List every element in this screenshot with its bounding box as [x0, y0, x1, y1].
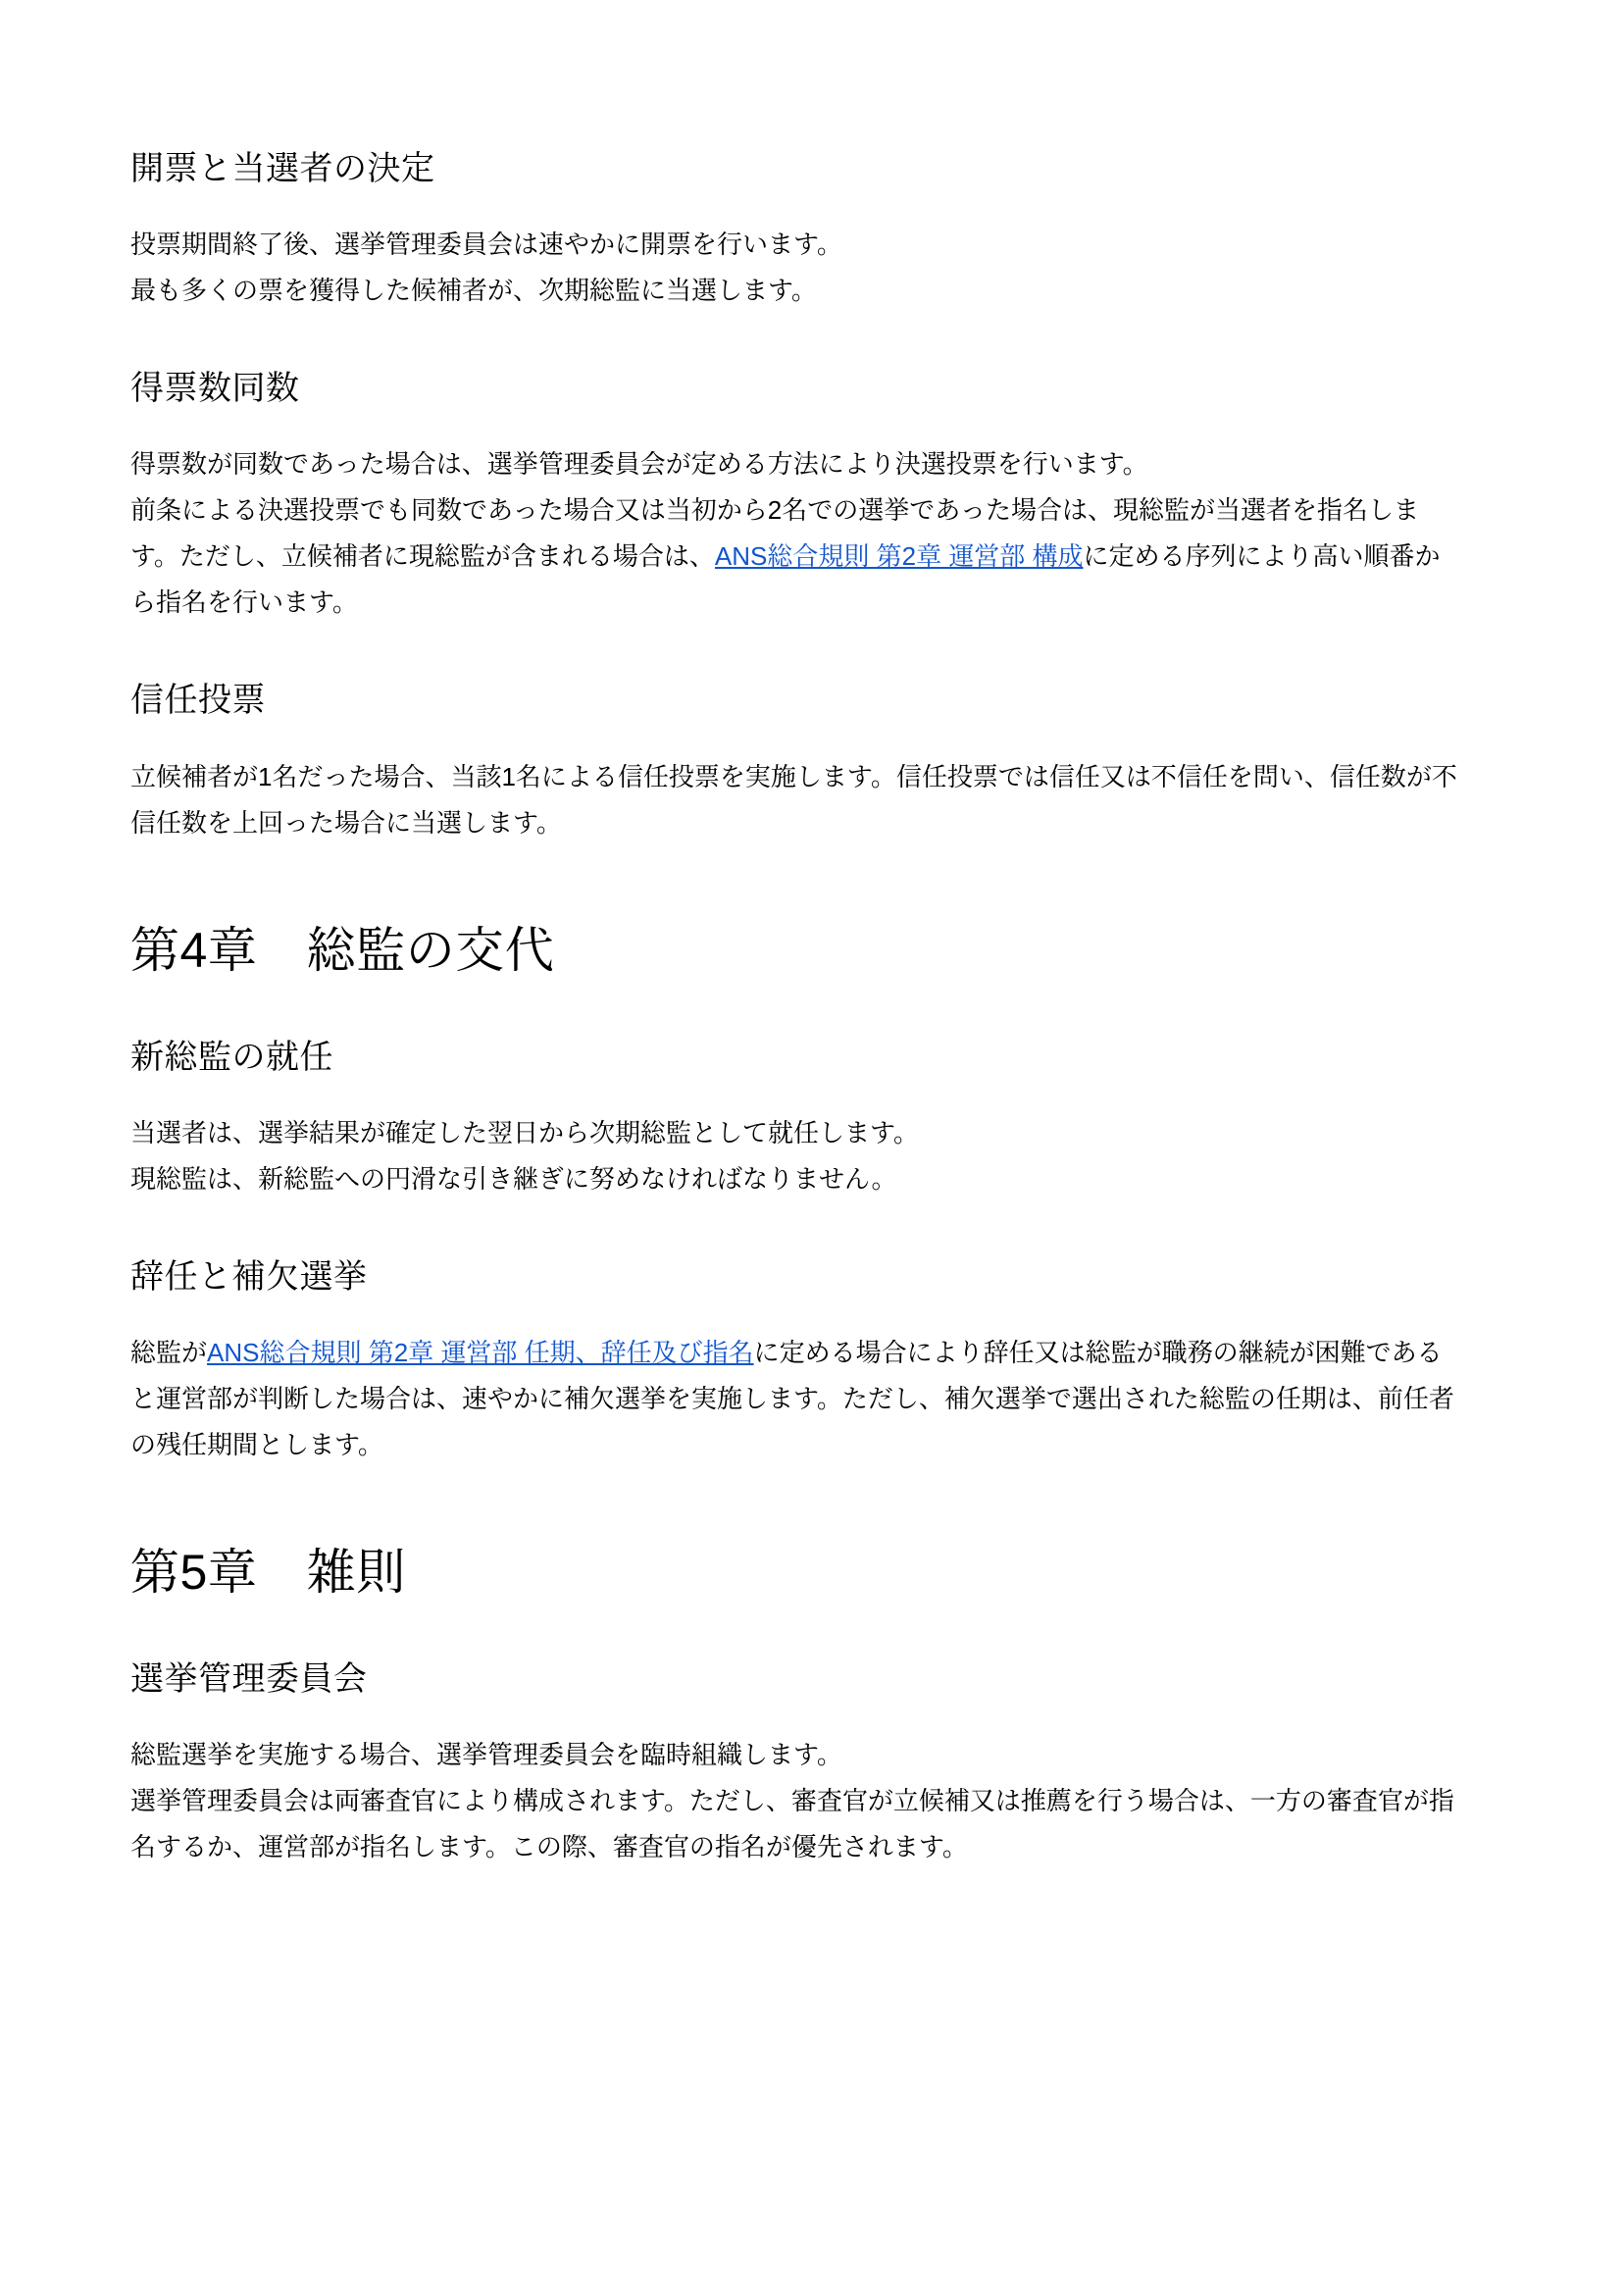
section-heading-shin-sokan-shunin: 新総監の就任 [130, 1036, 1457, 1079]
paragraph-text: 総監選挙を実施する場合、選挙管理委員会を臨時組織します。 [130, 1740, 842, 1769]
link-ans-general-rules-ch2-operations-composition[interactable]: ANS総合規則 第2章 運営部 構成 [715, 541, 1084, 571]
paragraph-tohyosu-dosu: 得票数が同数であった場合は、選挙管理委員会が定める方法により決選投票を行います。… [130, 441, 1457, 626]
paragraph-shin-sokan-shunin: 当選者は、選挙結果が確定した翌日から次期総監として就任します。現総監は、新総監へ… [130, 1110, 1457, 1202]
paragraph-text: 最も多くの票を獲得した候補者が、次期総監に当選します。 [130, 276, 817, 305]
paragraph-text: 総監が [130, 1338, 207, 1367]
paragraph-senkyo-kanri-iinkai: 総監選挙を実施する場合、選挙管理委員会を臨時組織します。選挙管理委員会は両審査官… [130, 1732, 1457, 1870]
chapter-heading-4: 第4章 総監の交代 [130, 919, 1457, 983]
link-ans-general-rules-ch2-operations-terms-resignation[interactable]: ANS総合規則 第2章 運営部 任期、辞任及び指名 [207, 1338, 754, 1367]
paragraph-text: 当選者は、選挙結果が確定した翌日から次期総監として就任します。 [130, 1118, 919, 1147]
section-heading-tohyosu-dosu: 得票数同数 [130, 367, 1457, 410]
section-heading-jinin-hoketsu: 辞任と補欠選挙 [130, 1255, 1457, 1299]
paragraph-text: 投票期間終了後、選挙管理委員会は速やかに開票を行います。 [130, 229, 842, 259]
paragraph-text: 立候補者が1名だった場合、当該1名による信任投票を実施します。信任投票では信任又… [130, 762, 1457, 838]
paragraph-shinnin-tohyo: 立候補者が1名だった場合、当該1名による信任投票を実施します。信任投票では信任又… [130, 754, 1457, 846]
paragraph-text: 選挙管理委員会は両審査官により構成されます。ただし、審査官が立候補又は推薦を行う… [130, 1786, 1454, 1861]
section-heading-shinnin-tohyo: 信任投票 [130, 679, 1457, 722]
chapter-heading-5: 第5章 雑則 [130, 1541, 1457, 1605]
document-page: 開票と当選者の決定投票期間終了後、選挙管理委員会は速やかに開票を行います。最も多… [0, 0, 1624, 2294]
section-heading-kaihyo: 開票と当選者の決定 [130, 147, 1457, 190]
section-heading-senkyo-kanri-iinkai: 選挙管理委員会 [130, 1657, 1457, 1701]
paragraph-text: 現総監は、新総監への円滑な引き継ぎに努めなければなりません。 [130, 1164, 897, 1194]
paragraph-jinin-hoketsu: 総監がANS総合規則 第2章 運営部 任期、辞任及び指名に定める場合により辞任又… [130, 1330, 1457, 1468]
paragraph-kaihyo: 投票期間終了後、選挙管理委員会は速やかに開票を行います。最も多くの票を獲得した候… [130, 222, 1457, 314]
paragraph-text: 得票数が同数であった場合は、選挙管理委員会が定める方法により決選投票を行います。 [130, 449, 1148, 479]
